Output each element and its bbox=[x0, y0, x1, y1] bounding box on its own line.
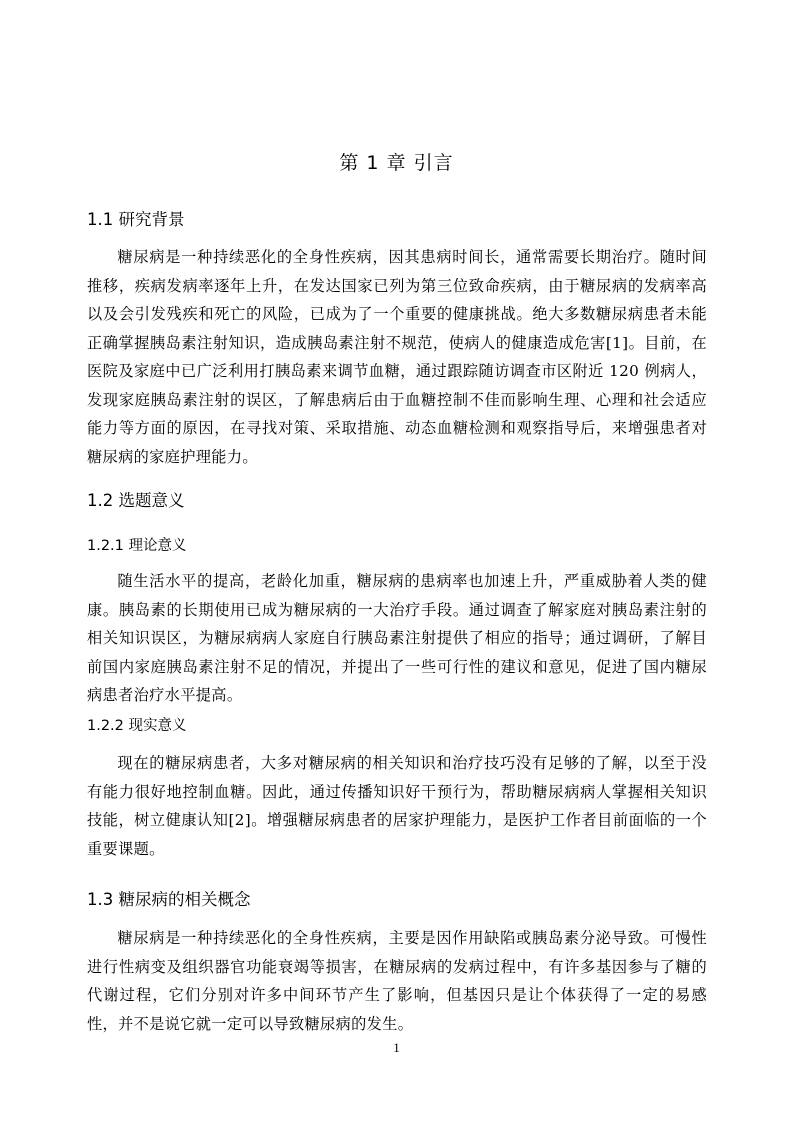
section-heading-1-2: 1.2 选题意义 bbox=[87, 489, 185, 513]
section-1-3-paragraph: 糖尿病是一种持续恶化的全身性疾病，主要是因作用缺陷或胰岛素分泌导致。可慢性进行性… bbox=[87, 924, 707, 1038]
page-number: 1 bbox=[0, 1040, 793, 1056]
section-1-1-paragraph: 糖尿病是一种持续恶化的全身性疾病，因其患病时间长，通常需要长期治疗。随时间推移，… bbox=[87, 243, 707, 471]
section-heading-1-3: 1.3 糖尿病的相关概念 bbox=[87, 888, 251, 912]
subsection-1-2-2-paragraph: 现在的糖尿病患者，大多对糖尿病的相关知识和治疗技巧没有足够的了解，以至于没有能力… bbox=[87, 749, 707, 863]
subsection-heading-1-2-1: 1.2.1 理论意义 bbox=[87, 535, 187, 557]
subsection-1-2-1-paragraph: 随生活水平的提高，老龄化加重，糖尿病的患病率也加速上升，严重威胁着人类的健康。胰… bbox=[87, 567, 707, 710]
document-page: 第 1 章 引言 1.1 研究背景 糖尿病是一种持续恶化的全身性疾病，因其患病时… bbox=[0, 0, 793, 1122]
section-heading-1-1: 1.1 研究背景 bbox=[87, 208, 185, 232]
chapter-title: 第 1 章 引言 bbox=[0, 150, 793, 176]
subsection-heading-1-2-2: 1.2.2 现实意义 bbox=[87, 715, 187, 737]
